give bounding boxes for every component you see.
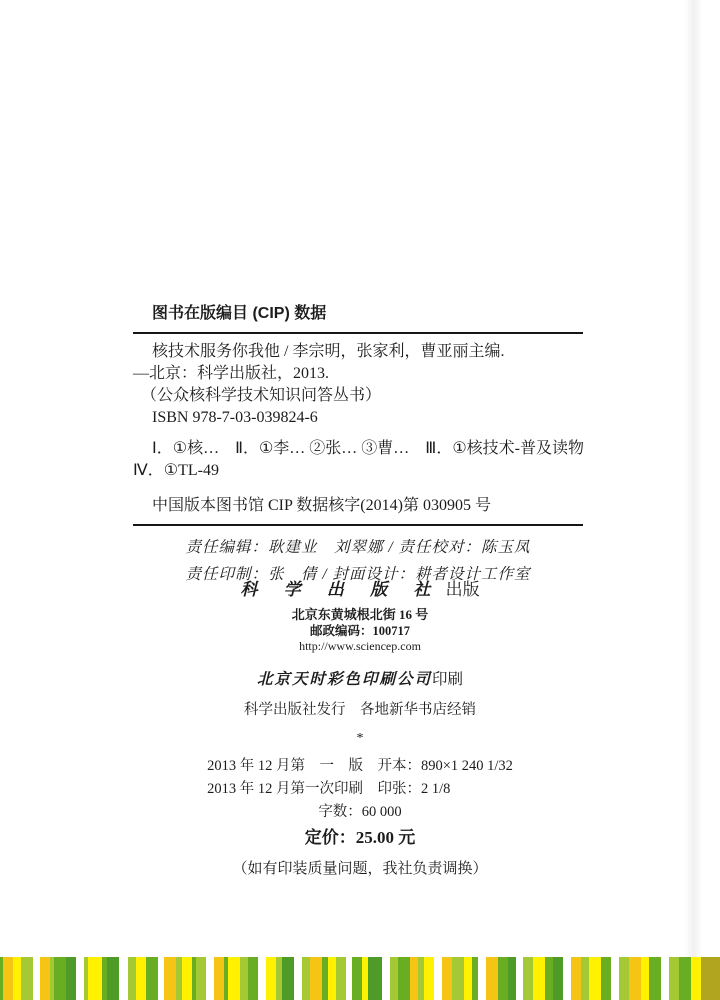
cip-registry-line: 中国版本图书馆 CIP 数据核字(2014)第 030905 号 <box>133 495 583 526</box>
stripe <box>553 957 563 1000</box>
stripe <box>310 957 322 1000</box>
cip-class-line1: Ⅰ．①核… Ⅱ．①李… ②张… ③曹… Ⅲ．①核技术-普及读物 <box>133 438 583 460</box>
stripe <box>619 957 629 1000</box>
edition-lines: 2013 年 12 月第 一 版 开本：890×1 240 1/32 2013 … <box>207 755 513 801</box>
stripe <box>629 957 641 1000</box>
stripe <box>478 957 486 1000</box>
cip-series-line: （公众核科学技术知识问答丛书） <box>133 385 583 407</box>
stripe <box>508 957 516 1000</box>
stripe <box>40 957 50 1000</box>
cip-city-line: —北京：科学出版社，2013. <box>133 363 583 385</box>
cip-heading: 图书在版编目 (CIP) 数据 <box>133 303 583 334</box>
stripe <box>228 957 240 1000</box>
stripe <box>294 957 302 1000</box>
stripe <box>691 957 701 1000</box>
stripe <box>589 957 601 1000</box>
stripe <box>258 957 265 1000</box>
distribution-line: 科学出版社发行 各地新华书店经销 <box>0 700 720 720</box>
price-line: 定价：25.00 元 <box>0 826 720 850</box>
stripe <box>119 957 128 1000</box>
stripe <box>76 957 84 1000</box>
stripe <box>669 957 679 1000</box>
stripe <box>486 957 498 1000</box>
stripe <box>571 957 581 1000</box>
stripe <box>398 957 410 1000</box>
book-copyright-page: { "cip": { "heading": "图书在版编目 (CIP) 数据",… <box>0 0 720 1000</box>
edition-line2: 2013 年 12 月第一次印刷 印张：2 1/8 <box>207 778 513 801</box>
stripe <box>336 957 346 1000</box>
publisher-address: 北京东黄城根北街 16 号 <box>0 607 720 623</box>
stripe <box>240 957 248 1000</box>
stripe <box>611 957 618 1000</box>
stripe <box>282 957 294 1000</box>
stripe <box>434 957 441 1000</box>
colophon: 科 学 出 版 社 出版 北京东黄城根北街 16 号 邮政编码：100717 h… <box>0 579 720 880</box>
footer-stripe-bar <box>0 957 720 1000</box>
quality-notice-line: （如有印装质量问题，我社负责调换） <box>0 858 720 880</box>
stripe <box>248 957 258 1000</box>
edition-info: 2013 年 12 月第 一 版 开本：890×1 240 1/32 2013 … <box>0 755 720 801</box>
cip-data-block: 图书在版编目 (CIP) 数据 核技术服务你我他 / 李宗明，张家利，曹亚丽主编… <box>133 303 583 588</box>
stripe <box>136 957 146 1000</box>
stripe <box>352 957 362 1000</box>
separator-asterisk: * <box>0 730 720 748</box>
cip-body: 核技术服务你我他 / 李宗明，张家利，曹亚丽主编. —北京：科学出版社，2013… <box>133 341 583 429</box>
stripe <box>382 957 390 1000</box>
stripe <box>390 957 398 1000</box>
stripe <box>206 957 214 1000</box>
stripe <box>545 957 553 1000</box>
stripe <box>146 957 158 1000</box>
stripe <box>66 957 76 1000</box>
stripe <box>107 957 119 1000</box>
stripe <box>601 957 611 1000</box>
stripe <box>424 957 434 1000</box>
stripe <box>464 957 472 1000</box>
publisher-website: http://www.sciencep.com <box>0 639 720 654</box>
stripe <box>128 957 136 1000</box>
printer-name: 北京天时彩色印刷公司 <box>257 671 432 688</box>
stripe <box>523 957 533 1000</box>
stripe <box>328 957 336 1000</box>
stripe <box>452 957 464 1000</box>
stripe <box>581 957 589 1000</box>
printer-line: 北京天时彩色印刷公司印刷 <box>0 670 720 690</box>
stripe <box>649 957 661 1000</box>
stripe <box>196 957 206 1000</box>
publisher-postcode: 邮政编码：100717 <box>0 623 720 639</box>
stripe <box>368 957 382 1000</box>
wordcount-line: 字数：60 000 <box>0 801 720 823</box>
stripe <box>13 957 21 1000</box>
printer-suffix: 印刷 <box>432 671 463 688</box>
stripe <box>533 957 545 1000</box>
stripe <box>302 957 310 1000</box>
stripe <box>3 957 13 1000</box>
stripe <box>164 957 176 1000</box>
stripe <box>21 957 33 1000</box>
stripe <box>442 957 452 1000</box>
cip-classification: Ⅰ．①核… Ⅱ．①李… ②张… ③曹… Ⅲ．①核技术-普及读物 Ⅳ．①TL-49 <box>133 438 583 482</box>
stripe <box>498 957 508 1000</box>
publisher-logo-line: 科 学 出 版 社 出版 <box>0 579 720 601</box>
edition-line1: 2013 年 12 月第 一 版 开本：890×1 240 1/32 <box>207 755 513 778</box>
stripe <box>266 957 276 1000</box>
stripe <box>54 957 66 1000</box>
stripe <box>701 957 720 1000</box>
stripe <box>679 957 691 1000</box>
stripe <box>410 957 418 1000</box>
stripe <box>214 957 224 1000</box>
stripe <box>182 957 192 1000</box>
stripe <box>33 957 40 1000</box>
cip-title-line: 核技术服务你我他 / 李宗明，张家利，曹亚丽主编. <box>133 341 583 363</box>
stripe <box>661 957 669 1000</box>
stripe <box>88 957 102 1000</box>
stripe <box>563 957 571 1000</box>
cip-class-line2: Ⅳ．①TL-49 <box>133 460 583 482</box>
cip-isbn-line: ISBN 978-7-03-039824-6 <box>133 407 583 429</box>
publisher-logo-suffix: 出版 <box>441 580 479 599</box>
staff-editors-line: 责任编辑：耿建业 刘翠娜 / 责任校对：陈玉凤 <box>133 534 583 561</box>
publisher-logo-name: 科 学 出 版 社 <box>240 580 441 599</box>
stripe <box>641 957 649 1000</box>
stripe <box>516 957 523 1000</box>
